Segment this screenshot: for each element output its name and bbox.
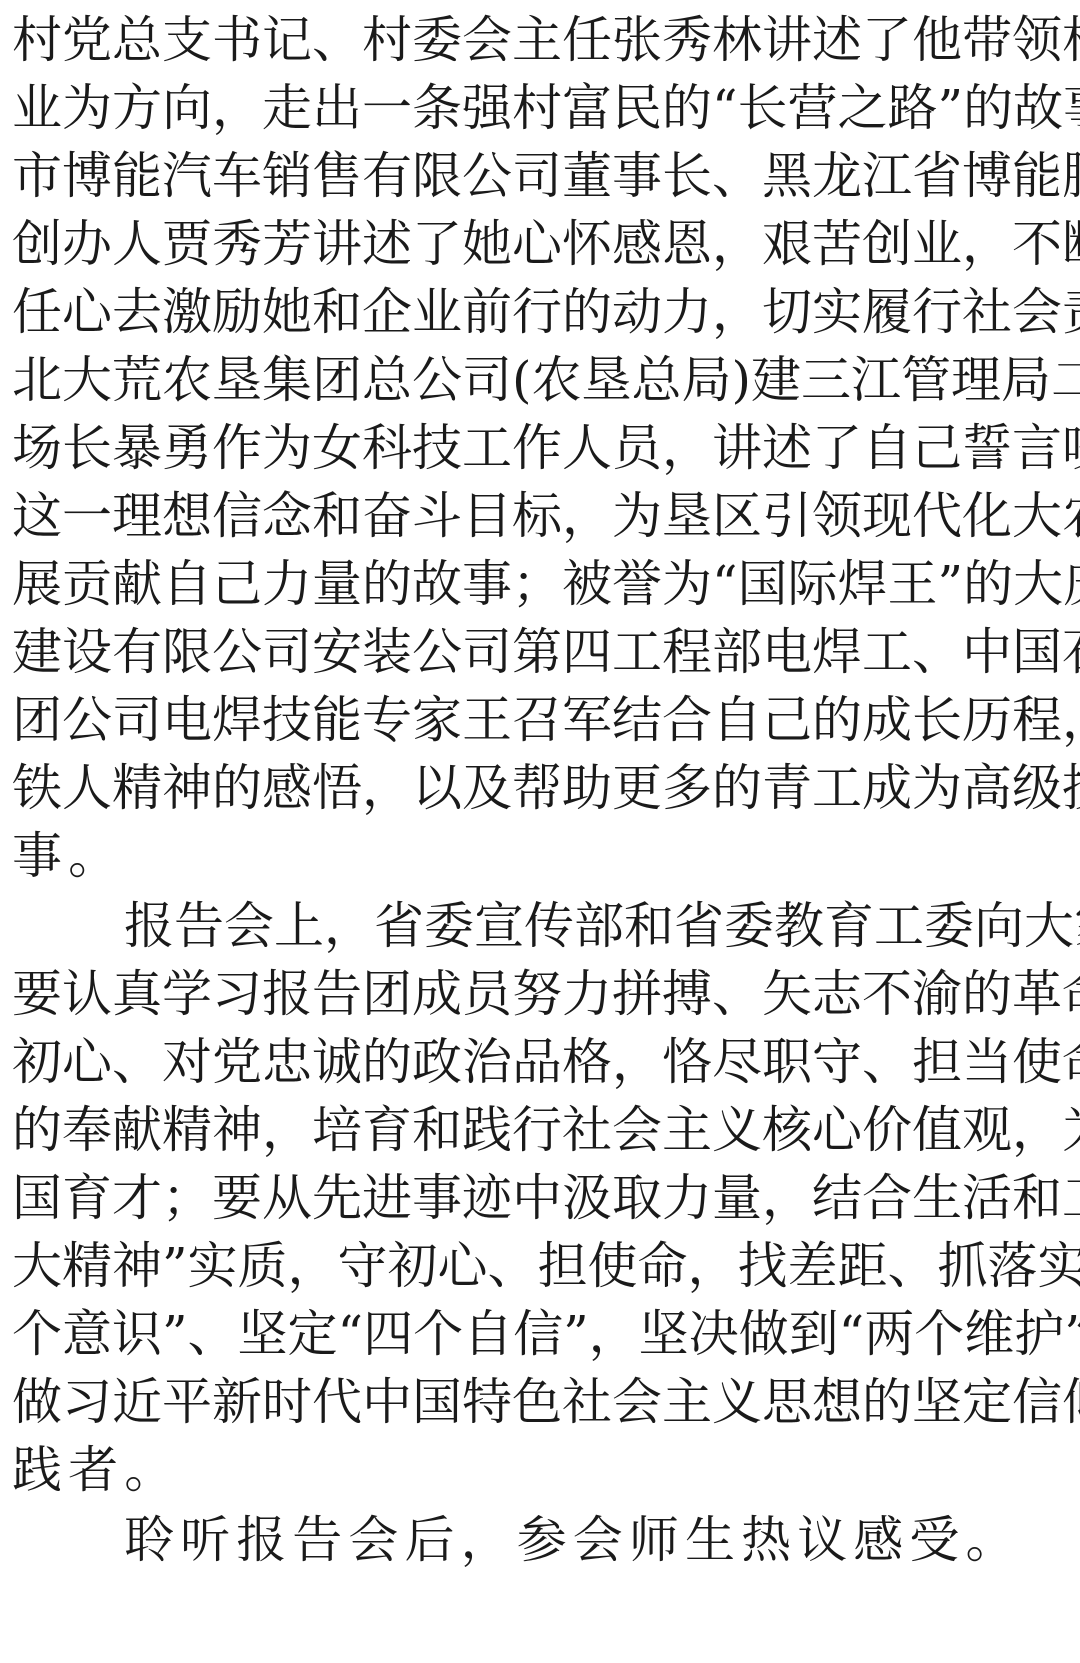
text-line: 国育才；要从先进事迹中汲取力量，结合生活和工作，践行“四 bbox=[12, 1164, 1022, 1233]
text-line: 践者。 bbox=[12, 1436, 180, 1505]
text-line: 任心去激励她和企业前行的动力，切实履行社会责任的故事； bbox=[12, 278, 1022, 347]
text-line: 北大荒农垦集团总公司(农垦总局)建三江管理局二道河农场副 bbox=[12, 346, 1022, 415]
text-line: 村党总支书记、村委会主任张秀林讲述了他带领村民以现代农 bbox=[12, 6, 1022, 75]
text-line: 建设有限公司安装公司第四工程部电焊工、中国石油天然气集 bbox=[12, 618, 1022, 687]
text-line: 展贡献自己力量的故事；被誉为“国际焊王”的大庆油田工程 bbox=[12, 550, 1022, 619]
text-line: 场长暴勇作为女科技工作人员，讲述了自己誓言咬定科技兴农 bbox=[12, 414, 1022, 483]
text-line: 初心、对党忠诚的政治品格，恪尽职守、担当使命、回馈人民 bbox=[12, 1028, 1022, 1097]
text-line: 大精神”实质，守初心、担使命，找差距、抓落实，增强“四 bbox=[12, 1232, 1022, 1301]
text-line: 铁人精神的感悟，以及帮助更多的青工成为高级技能人才的故 bbox=[12, 754, 1022, 823]
text-line: 这一理想信念和奋斗目标，为垦区引领现代化大农业高质量发 bbox=[12, 482, 1022, 551]
text-line: 报告会上，省委宣传部和省委教育工委向大家发出号召， bbox=[124, 892, 1022, 961]
text-line: 聆听报告会后，参会师生热议感受。 bbox=[124, 1506, 1022, 1575]
text-line: 市博能汽车销售有限公司董事长、黑龙江省博能脑瘫康复中心 bbox=[12, 142, 1022, 211]
text-line: 事。 bbox=[12, 822, 124, 891]
text-line: 要认真学习报告团成员努力拼搏、矢志不渝的革命斗志，坚守 bbox=[12, 960, 1022, 1029]
text-line: 做习近平新时代中国特色社会主义思想的坚定信仰者和忠实实 bbox=[12, 1368, 1022, 1437]
text-line: 创办人贾秀芳讲述了她心怀感恩，艰苦创业，不断用爱心、责 bbox=[12, 210, 1022, 279]
text-line: 的奉献精神，培育和践行社会主义核心价值观，为党育人、为 bbox=[12, 1096, 1022, 1165]
text-line: 团公司电焊技能专家王召军结合自己的成长历程，讲述了他对 bbox=[12, 686, 1022, 755]
text-line: 个意识”、坚定“四个自信”，坚决做到“两个维护”，自觉 bbox=[12, 1300, 1022, 1369]
text-line: 业为方向，走出一条强村富民的“长营之路”的故事；哈尔滨 bbox=[12, 74, 1022, 143]
